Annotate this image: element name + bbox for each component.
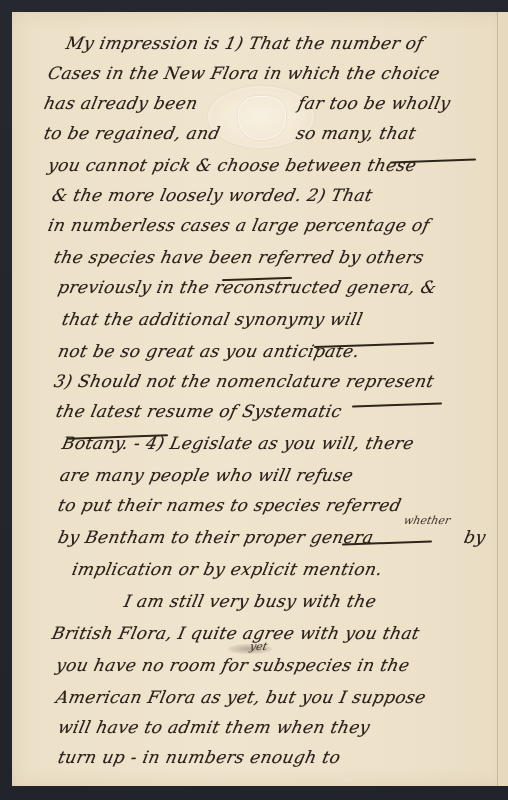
seal-crest-icon bbox=[238, 96, 286, 140]
handwritten-line: to be regained, and bbox=[42, 124, 222, 144]
handwritten-line: American Flora as yet, but you I suppose bbox=[54, 688, 428, 708]
handwritten-line: that the additional synonymy will bbox=[60, 310, 365, 330]
handwritten-line: I am still very busy with the bbox=[122, 592, 378, 612]
scanned-page: My impression is 1) That the number ofCa… bbox=[0, 0, 508, 800]
handwritten-line: so many, that bbox=[294, 124, 418, 144]
fold-line bbox=[497, 12, 498, 786]
handwritten-line: by bbox=[462, 528, 488, 548]
handwritten-line: to put their names to species referred bbox=[56, 496, 403, 516]
handwritten-line: Cases in the New Flora in which the choi… bbox=[46, 64, 442, 84]
handwritten-line: previously in the reconstructed genera, … bbox=[56, 278, 439, 298]
handwritten-line: & the more loosely worded. 2) That bbox=[50, 186, 374, 206]
handwritten-line: you cannot pick & choose between these bbox=[46, 156, 418, 176]
handwritten-line: British Flora, I quite agree with you th… bbox=[50, 624, 421, 644]
handwritten-line: will have to admit them when they bbox=[56, 718, 372, 738]
handwritten-line: in numberless cases a large percentage o… bbox=[46, 216, 431, 236]
interlinear-insertion: yet bbox=[249, 640, 269, 653]
handwritten-line: not be so great as you anticipate. bbox=[56, 342, 362, 362]
handwritten-line: are many people who will refuse bbox=[58, 466, 355, 486]
handwritten-line: you have no room for subspecies in the bbox=[54, 656, 412, 676]
handwritten-line: My impression is 1) That the number of bbox=[64, 34, 425, 54]
handwritten-line: by Bentham to their proper genera bbox=[56, 528, 376, 548]
handwritten-line: the species have been referred by others bbox=[52, 248, 426, 268]
handwritten-line: turn up - in numbers enough to bbox=[56, 748, 342, 768]
underline-stroke bbox=[352, 402, 442, 407]
handwritten-line: 3) Should not the nomenclature represent bbox=[52, 372, 436, 392]
handwritten-line: far too be wholly bbox=[296, 94, 452, 114]
handwritten-line: implication or by explicit mention. bbox=[70, 560, 384, 580]
interlinear-insertion: whether bbox=[403, 514, 452, 527]
letter-paper: My impression is 1) That the number ofCa… bbox=[12, 12, 508, 786]
paper-edge-strip bbox=[498, 12, 508, 786]
handwritten-line: the latest resume of Systematic bbox=[54, 402, 344, 422]
handwritten-line: has already been bbox=[42, 94, 200, 114]
